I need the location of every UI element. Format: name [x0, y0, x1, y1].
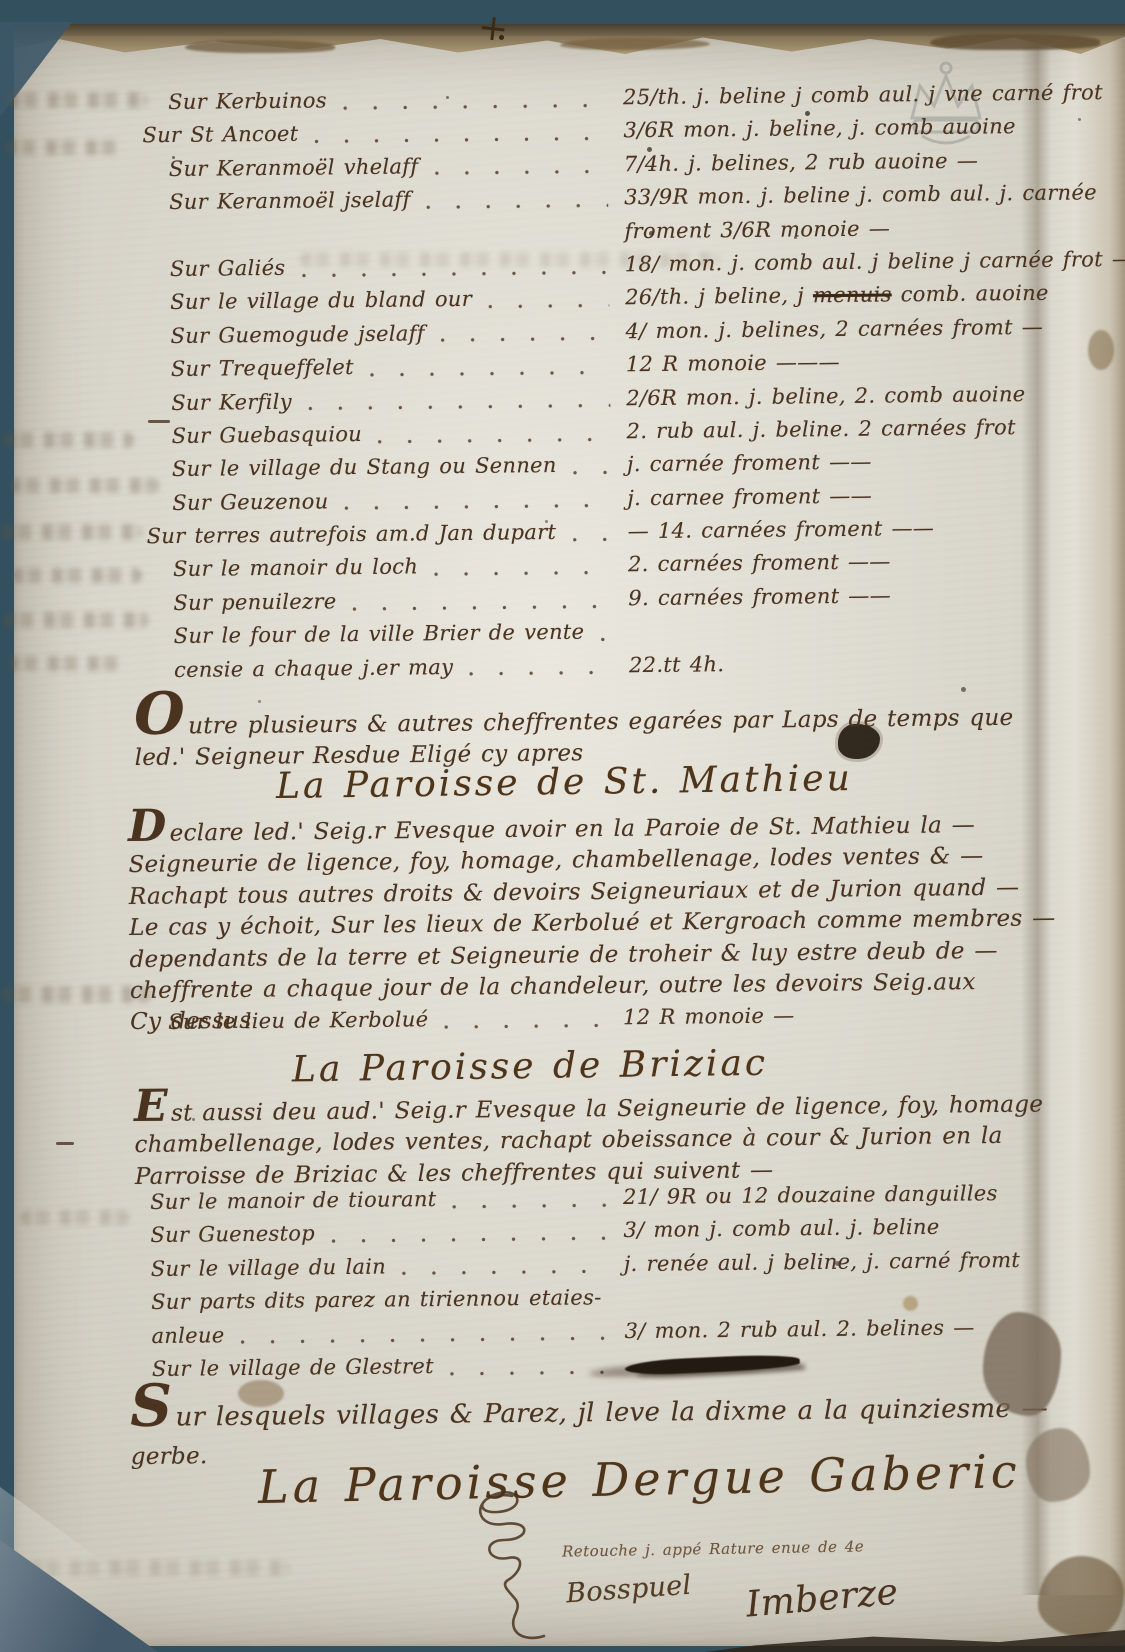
entry-name: Sur le village du bland our: [170, 287, 472, 314]
dotted-leader: [402, 1270, 608, 1276]
entry-value: 21/ 9R ou 12 douzaine danguilles: [623, 1180, 1091, 1209]
paragraph-text: eclare led.' Seig.r Evesque avoir en la …: [170, 812, 976, 846]
entry-name: anleue: [151, 1323, 224, 1348]
entry-value: 22.tt 4h.: [629, 648, 1097, 677]
entry-value: 18/ mon. j. comb aul. j beline j carnée …: [625, 247, 1093, 276]
dotted-leader: [370, 370, 610, 377]
ink-bleedthrough: [10, 478, 160, 493]
entry-name: Sur Kerfily: [171, 389, 292, 414]
stain: [238, 1380, 284, 1407]
ink-bleedthrough: [12, 568, 142, 583]
stain: [1026, 1428, 1090, 1502]
dotted-leader: [241, 1336, 609, 1344]
entry-value: — 14. carnées froment ——: [628, 514, 1096, 543]
torn-edge-patch: [930, 34, 1100, 50]
paragraph-line: Outre plusieurs & autres cheffrentes ega…: [134, 685, 1014, 744]
signature-paraph: [452, 1488, 582, 1648]
dotted-leader: [453, 1203, 608, 1209]
entry-name: Sur Kerbuinos: [168, 88, 327, 114]
ink-smear: [625, 1353, 801, 1376]
entry-value: 12 R monoie —: [623, 1000, 1091, 1029]
ink-bleedthrough: [4, 612, 149, 628]
stain: [983, 1312, 1061, 1416]
dotted-leader: [353, 604, 613, 611]
dotted-leader: [427, 203, 609, 209]
entry-value: 2/6R mon. j. beline, 2. comb auoine: [626, 381, 1094, 410]
entry-value: [629, 634, 1097, 639]
entry-name: Sur le manoir de tiourant: [150, 1187, 437, 1214]
ink-bleedthrough: [8, 656, 128, 671]
manuscript-photo: + Sur Kerbuinos25/th. j. beline j comb a…: [0, 0, 1125, 1652]
dotted-leader: [315, 136, 608, 143]
entry-value: 4/ mon. j. belines, 2 carnées fromt —: [625, 314, 1093, 343]
dotted-leader: [378, 437, 611, 443]
stain: [903, 1296, 918, 1311]
entry-name: Sur parts dits parez an tiriennou etaies…: [151, 1285, 602, 1314]
entry-value: [634, 1299, 1102, 1304]
ink-bleedthrough: [6, 140, 126, 155]
entry-value: 33/9R mon. j. beline j. comb aul. j. car…: [624, 181, 1092, 210]
dotted-leader: [488, 303, 609, 308]
entry-name: Sur Galiés: [170, 256, 286, 281]
margin-dash: [148, 420, 170, 423]
dotted-leader: [434, 170, 607, 176]
drop-initial: D: [128, 801, 167, 852]
dotted-leader: [469, 671, 613, 677]
ink-bleedthrough: [8, 92, 148, 108]
entry-value: 9. carnées froment ——: [628, 581, 1096, 610]
ink-specks: [0, 0, 3, 3]
ink-bleedthrough: [2, 524, 142, 540]
entry-value: 3/6R mon. j. beline, j. comb auoine: [623, 114, 1091, 143]
entry-name: Sur le manoir du loch: [173, 555, 418, 582]
briziac-paragraph: Est aussi deu aud.' Seig.r Evesque la Se…: [134, 1082, 1044, 1193]
paragraph-text: ur lesquels villages & Parez, jl leve la…: [175, 1393, 1048, 1432]
cross-mark: +: [476, 7, 511, 51]
entry-value: j. renée aul. j beline, j. carné fromt: [624, 1247, 1092, 1276]
entry-name: Sur Guemogude jselaff: [170, 321, 424, 348]
entry-name: Sur le village du Stang ou Sennen: [172, 453, 557, 481]
entry-value: 25/th. j. beline j comb aul. j vne carné…: [623, 80, 1091, 109]
entry-value: j. carnée froment ——: [627, 448, 1095, 477]
dotted-leader: [308, 404, 610, 411]
briziac-entry-list: Sur le manoir de tiourant21/ 9R ou 12 do…: [150, 1180, 1093, 1390]
entry-name: Sur Geuzenou: [172, 489, 328, 515]
entry-name: Sur terres autrefois am.d Jan dupart: [147, 520, 557, 548]
dotted-leader: [434, 571, 612, 577]
entry-name: Sur le village de Glestret: [152, 1354, 434, 1381]
ink-bleedthrough: [4, 432, 134, 448]
section-heading-briziac: La Paroisse de Briziac: [292, 1043, 769, 1091]
drop-initial: E: [134, 1081, 168, 1132]
torn-edge-patch: [185, 40, 335, 53]
dotted-leader: [301, 270, 608, 277]
entry-name: Sur le four de la ville Brier de vente: [174, 620, 585, 648]
dotted-leader: [450, 1370, 609, 1376]
struck-word: menuis: [813, 283, 892, 308]
dotted-leader: [343, 103, 607, 110]
drop-initial: S: [130, 1372, 173, 1440]
entry-name: Sur Keranmoël vhelaff: [169, 154, 419, 181]
rent-entry-list: Sur Kerbuinos25/th. j. beline j comb aul…: [168, 80, 1097, 691]
dotted-leader: [441, 337, 610, 343]
ink-bleedthrough: [20, 1210, 130, 1225]
drop-initial: O: [134, 679, 186, 748]
entry-name: Sur St Ancoet: [142, 122, 298, 148]
entry-name: Sur Guenestop: [150, 1222, 315, 1248]
dotted-leader: [345, 504, 612, 511]
entry-value: 7/4h. j. belines, 2 rub auoine —: [624, 147, 1092, 176]
entry-value: 26/th. j beline, j menuis comb. auoine: [625, 281, 1093, 310]
section-heading-st-mathieu: La Paroisse de St. Mathieu: [276, 758, 853, 807]
entry-value: j. carnee froment ——: [627, 481, 1095, 510]
entry-name: censie a chaque j.er may: [174, 655, 453, 682]
entry-name: Sur Guebasquiou: [171, 422, 362, 448]
dotted-leader: [573, 470, 611, 474]
entry-name: Sur le village du lain: [151, 1254, 386, 1280]
dotted-leader: [331, 1236, 608, 1243]
entry-value: 2. rub aul. j. beline. 2 carnées frot: [626, 414, 1094, 443]
paragraph-text: utre plusieurs & autres cheffrentes egar…: [188, 705, 1014, 740]
margin-dash: [56, 1142, 74, 1145]
entry-value: froment 3/6R monoie —: [624, 214, 1092, 243]
entry-name: Sur Trequeffelet: [171, 355, 354, 381]
entry-value: 12 R monoie ———: [626, 347, 1094, 376]
stain: [1088, 330, 1114, 370]
entry-name: Sur Keranmoël jselaff: [169, 188, 411, 215]
entry-name: Sur penuilezre: [173, 589, 336, 615]
stain: [1038, 1556, 1124, 1638]
dotted-leader: [444, 1023, 607, 1029]
entry-value: 2. carnées froment ——: [628, 548, 1096, 577]
dotted-leader: [600, 637, 612, 641]
entry-value: 3/ mon j. comb aul. j. beline: [623, 1214, 1091, 1243]
entry-name: Sur le lieu de Kerbolué: [168, 1007, 429, 1034]
dotted-leader: [572, 537, 611, 541]
